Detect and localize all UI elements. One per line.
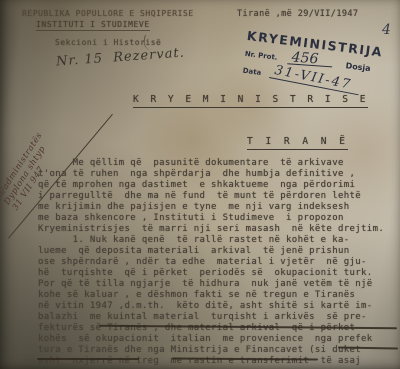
body-line: Kryeministrisjes të marri nji seri masas…	[38, 224, 400, 235]
body-line: 1. Nuk kanë qenë të rallë rastet në kohë…	[38, 235, 400, 246]
recipient-heading: K R Y E M I N I S T R I S E	[133, 94, 368, 108]
dateline: Tiranë ,më 29/VII/1947	[237, 9, 358, 19]
ink-underline	[37, 358, 139, 360]
body-line: balazhi me kuintal material turqisht i a…	[38, 312, 400, 323]
body-line: me baza shkencore , Instituti i Studimev…	[38, 213, 400, 224]
body-line: kohës së okupacionit italian me provenie…	[38, 334, 400, 345]
stamp-dosja-label: Dosja	[345, 61, 371, 73]
city-heading: T I R A N Ë	[247, 136, 348, 150]
document-scan: REPUBLIKA POPULLORE E SHQIPERISE INSTITU…	[0, 0, 400, 369]
handwritten-protocol-ref: Nr. 15 Rezervat.	[56, 46, 186, 70]
body-line: t'ona të ruhen nga shpërdarja dhe humbja…	[38, 169, 400, 180]
body-line: në vitin 1947 ,d.m.th. këto ditë, asht s…	[38, 301, 400, 312]
body-line: hë turqishte që i përket periodës së oku…	[38, 268, 400, 279]
body-line: lueme që deposita materiali arkival të j…	[38, 246, 400, 257]
stamp-nr-value: 456	[287, 52, 332, 67]
body-line: Por që të tilla ngjarje të hidhura nuk j…	[38, 279, 400, 290]
body-line: kohe së kaluar , e dëshmon fakti se në t…	[38, 290, 400, 301]
org-name-line1: REPUBLIKA POPULLORE E SHQIPERISE	[22, 9, 194, 18]
body-line: Me qëllim që pasunitë dokumentare të ark…	[38, 158, 400, 169]
body-text: Me qëllim që pasunitë dokumentare të ark…	[38, 158, 400, 367]
registry-stamp: KRYEMINISTRIJA Nr. Prot. 456 Dosja Data …	[242, 28, 397, 93]
section-name: Sekcioni i Historisë	[55, 38, 161, 47]
body-line: me krijimin dhe pajisjen e tyne me nji v…	[38, 202, 400, 213]
stamp-data-label: Data	[242, 67, 261, 77]
body-line: ose shpërndarë , ndër ta edhe material i…	[38, 257, 400, 268]
handwritten-page-number: 4	[382, 22, 391, 38]
stamp-nr-label: Nr. Prot.	[244, 50, 278, 62]
body-line: që të mprohen nga dastimet e shkaktueme …	[38, 180, 400, 191]
org-name-line2: INSTITUTI I STUDIMEVE	[36, 20, 150, 31]
body-line: i parregulltë dhe ma në fund të munt të …	[38, 191, 400, 202]
